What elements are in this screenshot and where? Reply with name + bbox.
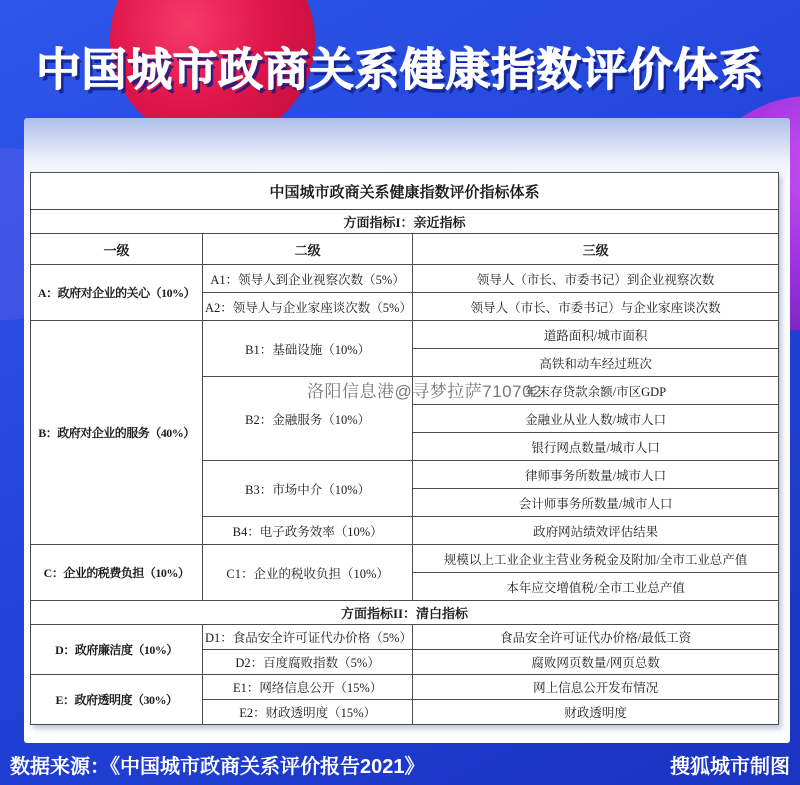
level2-cell: E2：财政透明度（15%） (203, 700, 413, 725)
band-label-2: 方面指标II：清白指标 (31, 601, 779, 625)
table-row: B：政府对企业的服务（40%）B1：基础设施（10%）道路面积/城市面积 (31, 321, 779, 349)
table-row: E：政府透明度（30%）E1：网络信息公开（15%）网上信息公开发布情况 (31, 675, 779, 700)
band-row-1: 方面指标I：亲近指标 (31, 210, 779, 234)
section-2-body: D：政府廉洁度（10%）D1：食品安全许可证代办价格（5%）食品安全许可证代办价… (31, 625, 779, 725)
level2-cell: B3：市场中介（10%） (203, 461, 413, 517)
watermark: 洛阳信息港@寻梦拉萨710702 (307, 377, 542, 402)
column-header-row: 一级 二级 三级 (31, 234, 779, 265)
column-header-level2: 二级 (203, 234, 413, 265)
column-header-level1: 一级 (31, 234, 203, 265)
level2-cell: E1：网络信息公开（15%） (203, 675, 413, 700)
level3-cell: 律师事务所数量/城市人口 (413, 461, 779, 489)
level3-cell: 会计师事务所数量/城市人口 (413, 489, 779, 517)
band-label-1: 方面指标I：亲近指标 (31, 210, 779, 234)
level3-cell: 政府网站绩效评估结果 (413, 517, 779, 545)
credit-label: 搜狐城市制图 (670, 750, 790, 779)
level3-cell: 道路面积/城市面积 (413, 321, 779, 349)
level1-cell: A：政府对企业的关心（10%） (31, 265, 203, 321)
table-title: 中国城市政商关系健康指数评价指标体系 (31, 173, 779, 210)
footer: 数据来源：《中国城市政商关系评价报告2021》 搜狐城市制图 (0, 743, 800, 785)
column-header-level3: 三级 (413, 234, 779, 265)
page-title: 中国城市政商关系健康指数评价体系 (0, 33, 800, 98)
level2-cell: B1：基础设施（10%） (203, 321, 413, 377)
table-row: D：政府廉洁度（10%）D1：食品安全许可证代办价格（5%）食品安全许可证代办价… (31, 625, 779, 650)
level3-cell: 领导人（市长、市委书记）与企业家座谈次数 (413, 293, 779, 321)
level3-cell: 本年应交增值税/全市工业总产值 (413, 573, 779, 601)
level1-cell: C：企业的税费负担（10%） (31, 545, 203, 601)
table-title-row: 中国城市政商关系健康指数评价指标体系 (31, 173, 779, 210)
level3-cell: 食品安全许可证代办价格/最低工资 (413, 625, 779, 650)
level2-cell: A1：领导人到企业视察次数（5%） (203, 265, 413, 293)
table-card: 中国城市政商关系健康指数评价指标体系 方面指标I：亲近指标 一级 二级 三级 A… (24, 118, 790, 743)
level1-cell: E：政府透明度（30%） (31, 675, 203, 725)
band-row-2: 方面指标II：清白指标 (31, 601, 779, 625)
level3-cell: 金融业从业人数/城市人口 (413, 405, 779, 433)
level3-cell: 腐败网页数量/网页总数 (413, 650, 779, 675)
level3-cell: 领导人（市长、市委书记）到企业视察次数 (413, 265, 779, 293)
level3-cell: 银行网点数量/城市人口 (413, 433, 779, 461)
data-source-label: 数据来源：《中国城市政商关系评价报告2021》 (10, 750, 425, 779)
level2-cell: A2：领导人与企业家座谈次数（5%） (203, 293, 413, 321)
level3-cell: 高铁和动车经过班次 (413, 349, 779, 377)
table-row: A：政府对企业的关心（10%）A1：领导人到企业视察次数（5%）领导人（市长、市… (31, 265, 779, 293)
level1-cell: B：政府对企业的服务（40%） (31, 321, 203, 545)
level3-cell: 规模以上工业企业主营业务税金及附加/全市工业总产值 (413, 545, 779, 573)
table-row: C：企业的税费负担（10%）C1：企业的税收负担（10%）规模以上工业企业主营业… (31, 545, 779, 573)
level3-cell: 网上信息公开发布情况 (413, 675, 779, 700)
section-1-body: A：政府对企业的关心（10%）A1：领导人到企业视察次数（5%）领导人（市长、市… (31, 265, 779, 601)
level2-cell: D1：食品安全许可证代办价格（5%） (203, 625, 413, 650)
level3-cell: 财政透明度 (413, 700, 779, 725)
indicator-table: 中国城市政商关系健康指数评价指标体系 方面指标I：亲近指标 一级 二级 三级 A… (30, 172, 779, 725)
level2-cell: C1：企业的税收负担（10%） (203, 545, 413, 601)
level1-cell: D：政府廉洁度（10%） (31, 625, 203, 675)
level2-cell: B4：电子政务效率（10%） (203, 517, 413, 545)
level2-cell: D2：百度腐败指数（5%） (203, 650, 413, 675)
